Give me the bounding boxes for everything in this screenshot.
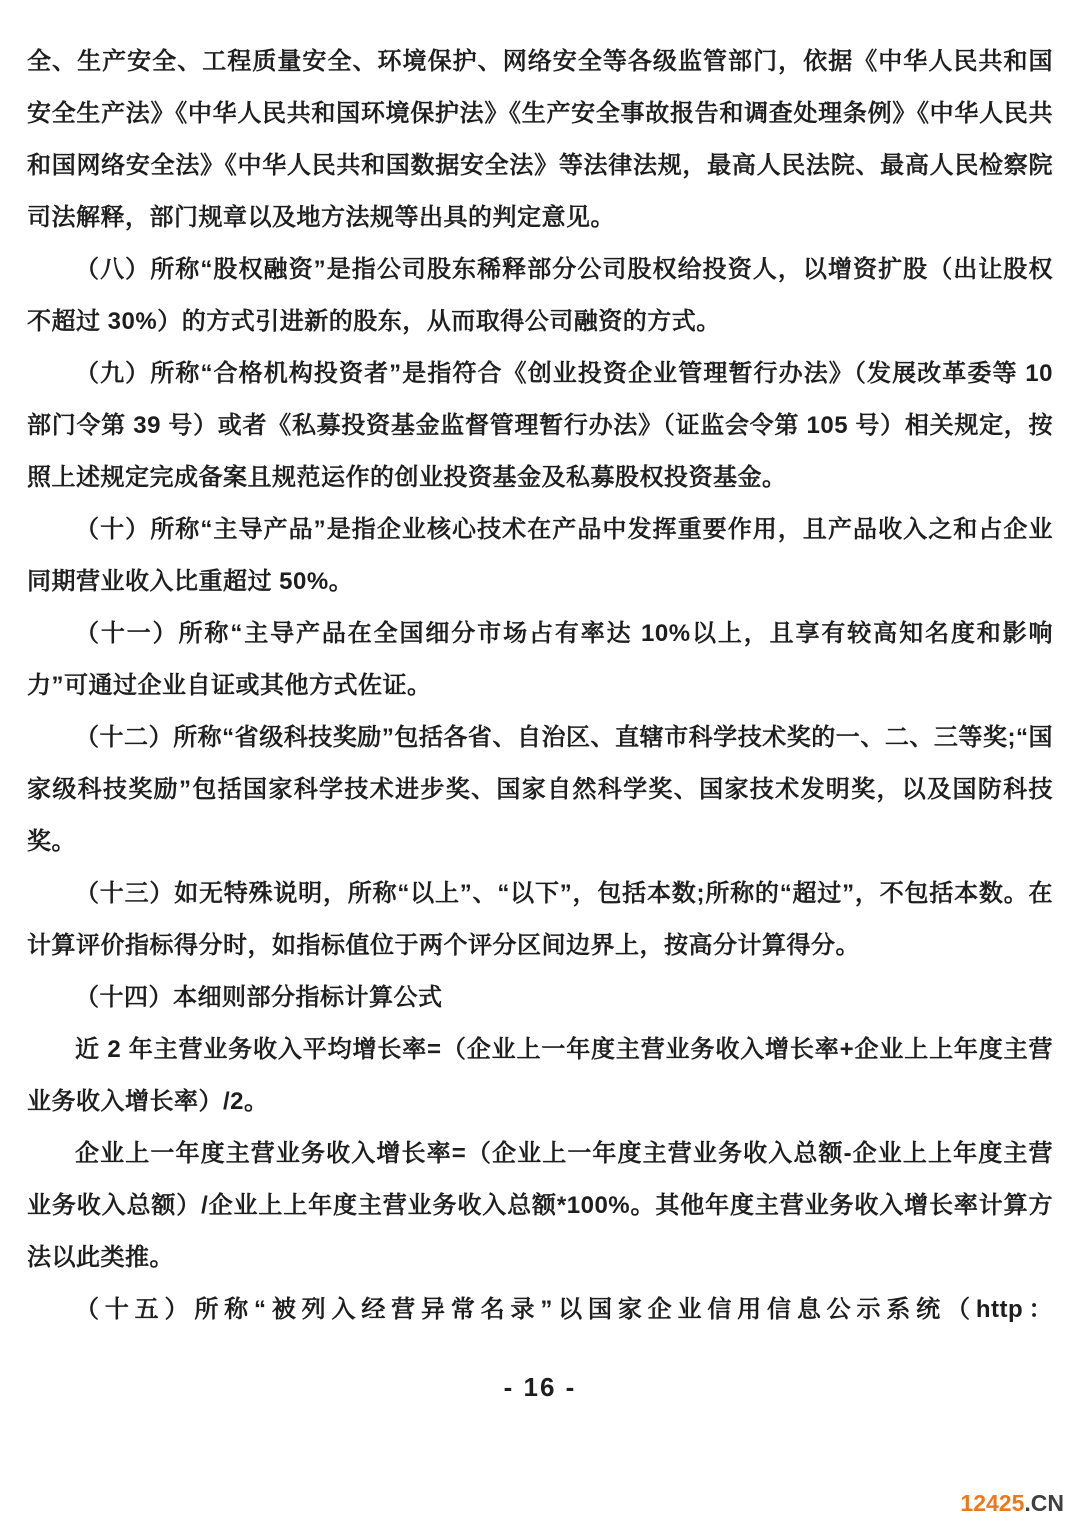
para-item-8: （八）所称“股权融资”是指公司股东稀释部分公司股权给投资人，以增资扩股（出让股权… xyxy=(27,244,1053,348)
document-body: 全、生产安全、工程质量安全、环境保护、网络安全等各级监管部门，依据《中华人民共和… xyxy=(27,36,1053,1336)
document-page: 全、生产安全、工程质量安全、环境保护、网络安全等各级监管部门，依据《中华人民共和… xyxy=(0,0,1080,1527)
para-item-14: （十四）本细则部分指标计算公式 xyxy=(27,972,1053,1024)
watermark-tld: .CN xyxy=(1024,1490,1064,1516)
para-formula-avg-growth: 近 2 年主营业务收入平均增长率=（企业上一年度主营业务收入增长率+企业上上年度… xyxy=(27,1024,1053,1128)
para-item-15: （十五）所称“被列入经营异常名录”以国家企业信用信息公示系统（http： xyxy=(27,1284,1053,1336)
watermark-site-name: 12425 xyxy=(960,1490,1024,1516)
para-item-10: （十）所称“主导产品”是指企业核心技术在产品中发挥重要作用，且产品收入之和占企业… xyxy=(27,504,1053,608)
para-item-12: （十二）所称“省级科技奖励”包括各省、自治区、直辖市科学技术奖的一、二、三等奖;… xyxy=(27,712,1053,868)
para-item-11: （十一）所称“主导产品在全国细分市场占有率达 10%以上，且享有较高知名度和影响… xyxy=(27,608,1053,712)
para-continuation: 全、生产安全、工程质量安全、环境保护、网络安全等各级监管部门，依据《中华人民共和… xyxy=(27,36,1053,244)
para-formula-yoy-growth: 企业上一年度主营业务收入增长率=（企业上一年度主营业务收入总额-企业上上年度主营… xyxy=(27,1128,1053,1284)
watermark: 12425.CN xyxy=(960,1490,1064,1517)
para-item-9: （九）所称“合格机构投资者”是指符合《创业投资企业管理暂行办法》（发展改革委等 … xyxy=(27,348,1053,504)
page-number: - 16 - xyxy=(0,1372,1080,1403)
para-item-13: （十三）如无特殊说明，所称“以上”、“以下”，包括本数;所称的“超过”，不包括本… xyxy=(27,868,1053,972)
